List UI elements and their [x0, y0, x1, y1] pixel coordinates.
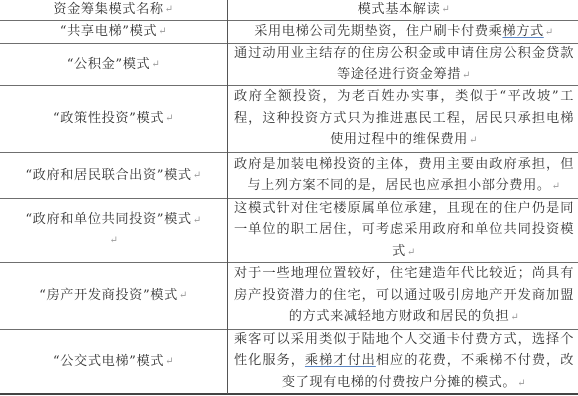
paragraph-mark-icon: ↵ [441, 0, 450, 21]
table-row-description: 政府是加装电梯投资的主体，费用主要由政府承担，但与上列方案不同的是，居民也应承担… [228, 153, 578, 198]
header-mode-description-text: 模式基本解读 [358, 0, 441, 21]
table-row-description: 乘客可以采用类似于陆地个人交通卡付费方式，选择个性化服务，乘梯才付出相应的花费，… [228, 330, 578, 393]
paragraph-mark-icon: ↵ [545, 27, 554, 38]
mode-description: 对于一些地理位置较好，住宅建造年代比较近；尚具有房产投资潜力的住宅，可以通过吸引… [234, 263, 574, 329]
spellcheck-underlined-text: 乘梯才付出 [305, 353, 376, 368]
paragraph-mark-icon: ↵ [462, 70, 471, 81]
paragraph-mark-icon: ↵ [552, 181, 561, 192]
paragraph-mark-icon: ↵ [165, 0, 174, 21]
mode-description: 政府是加装电梯投资的主体，费用主要由政府承担，但与上列方案不同的是，居民也应承担… [234, 154, 574, 198]
funding-modes-table: 资金筹集模式名称↵ 模式基本解读↵ “共享电梯”模式↵ 采用电梯公司先期垫资，住… [0, 0, 578, 396]
paragraph-mark-icon: ↵ [110, 231, 119, 251]
mode-description: 政府全额投资，为老百姓办实事，类似于“平改坡”工程，这种投资方式只为推进惠民工程… [234, 86, 574, 152]
mode-description: 这模式针对住宅楼原属单位承建，且现在的住户仍是同一单位的职工居住，可考虑采用政府… [234, 198, 574, 264]
table-row-name: “公积金”模式↵ [0, 44, 227, 85]
mode-name: “共享电梯”模式 [60, 21, 157, 43]
paragraph-mark-icon: ↵ [517, 378, 526, 389]
mode-name: “房产开发商投资”模式 [39, 285, 178, 307]
paragraph-mark-icon: ↵ [165, 351, 174, 373]
paragraph-mark-icon: ↵ [179, 285, 188, 307]
table-row-name: “房产开发商投资”模式↵ [0, 263, 227, 329]
paragraph-mark-icon: ↵ [151, 54, 160, 76]
mode-description: 通过动用业主结存的住房公积金或申请住房公积金贷款等途径进行资金筹措↵ [234, 43, 574, 87]
paragraph-mark-icon: ↵ [158, 21, 167, 43]
mode-name: “政府和单位共同投资”模式 [25, 212, 191, 227]
table-row-description: 政府全额投资，为老百姓办实事，类似于“平改坡”工程，这种投资方式只为推进惠民工程… [228, 86, 578, 152]
description-text: 通过动用业主结存的住房公积金或申请住房公积金贷款等途径进行资金筹措 [234, 46, 574, 83]
spellcheck-underlined-text: 梯方式 [502, 24, 543, 39]
mode-name: “政府和居民联合出资”模式 [25, 165, 191, 187]
mode-name: “公交式电梯”模式 [53, 351, 164, 373]
table-row-description: 通过动用业主结存的住房公积金或申请住房公积金贷款等途径进行资金筹措↵ [228, 44, 578, 85]
header-mode-description: 模式基本解读↵ [228, 0, 578, 20]
description-text: 政府全额投资，为老百姓办实事，类似于“平改坡”工程，这种投资方式只为推进惠民工程… [234, 89, 574, 147]
description-text: 采用电梯公司先期垫资，住户刷卡付费乘 [254, 24, 502, 39]
table-row-name: “政府和居民联合出资”模式↵ [0, 153, 227, 198]
mode-description: 采用电梯公司先期垫资，住户刷卡付费乘梯方式↵ [254, 21, 554, 44]
paragraph-mark-icon: ↵ [407, 247, 416, 258]
table-row-name: “政府和单位共同投资”模式↵ ↵ [0, 199, 227, 262]
paragraph-mark-icon: ↵ [165, 108, 174, 130]
table-row-description: 对于一些地理位置较好，住宅建造年代比较近；尚具有房产投资潜力的住宅，可以通过吸引… [228, 263, 578, 329]
mode-name: “政策性投资”模式 [53, 108, 164, 130]
header-mode-name: 资金筹集模式名称↵ [0, 0, 227, 20]
table-row-description: 这模式针对住宅楼原属单位承建，且现在的住户仍是同一单位的职工居住，可考虑采用政府… [228, 199, 578, 262]
table-row-name: “共享电梯”模式↵ [0, 21, 227, 43]
table-row-name: “公交式电梯”模式↵ [0, 330, 227, 393]
header-mode-name-text: 资金筹集模式名称 [53, 0, 163, 21]
description-text: 对于一些地理位置较好，住宅建造年代比较近；尚具有房产投资潜力的住宅，可以通过吸引… [234, 266, 574, 324]
table-row-description: 采用电梯公司先期垫资，住户刷卡付费乘梯方式↵ [228, 21, 578, 43]
mode-name: “公积金”模式 [67, 54, 151, 76]
paragraph-mark-icon: ↵ [510, 312, 519, 323]
description-text: 这模式针对住宅楼原属单位承建，且现在的住户仍是同一单位的职工居住，可考虑采用政府… [234, 201, 574, 259]
paragraph-mark-icon: ↵ [193, 215, 202, 226]
table-row-name: “政策性投资”模式↵ [0, 86, 227, 152]
mode-description: 乘客可以采用类似于陆地个人交通卡付费方式，选择个性化服务，乘梯才付出相应的花费，… [234, 329, 574, 395]
description-text: 政府是加装电梯投资的主体，费用主要由政府承担，但与上列方案不同的是，居民也应承担… [234, 157, 574, 194]
paragraph-mark-icon: ↵ [469, 135, 478, 146]
paragraph-mark-icon: ↵ [193, 165, 202, 187]
